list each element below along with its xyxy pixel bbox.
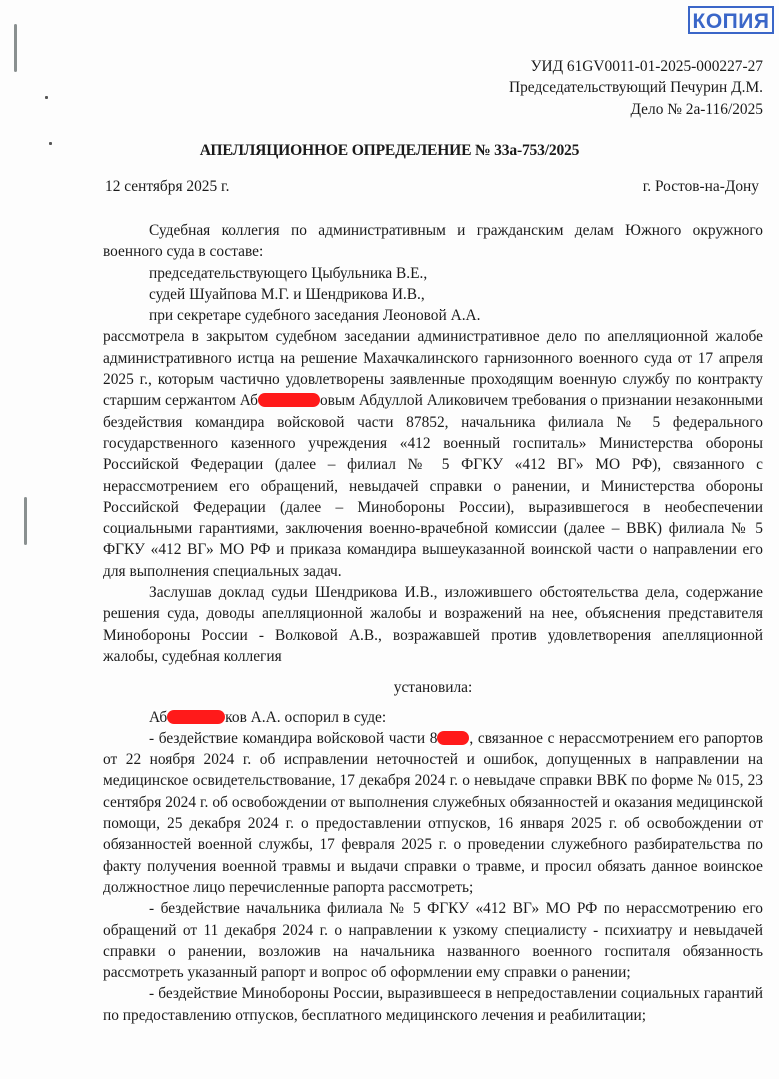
- binder-hole-mark: [24, 497, 27, 545]
- heard-paragraph: Заслушав доклад судьи Шендрикова И.В., и…: [103, 582, 763, 667]
- contested-item-2: - бездействие начальника филиала № 5 ФГК…: [103, 898, 763, 983]
- contested-item-1-b: , связанное с нерассмотрением его рапорт…: [103, 730, 763, 896]
- date-place-line: 12 сентября 2025 г. г. Ростов-на-Дону: [105, 178, 759, 196]
- case-header: УИД 61GV0011-01-2025-000227-27 Председат…: [509, 56, 763, 120]
- copy-stamp: КОПИЯ: [688, 6, 774, 34]
- established-heading: установила:: [103, 677, 763, 698]
- contested-intro-a: Аб: [149, 709, 167, 726]
- considered-text-b: овым Абдуллой Аликовичем требования о пр…: [103, 392, 763, 579]
- document-city: г. Ростов-на-Дону: [643, 178, 759, 196]
- contested-item-1: - бездействие командира войсковой части …: [103, 728, 763, 898]
- document-body: Судебная коллегия по административным и …: [103, 220, 763, 1026]
- document-date: 12 сентября 2025 г.: [105, 178, 229, 196]
- redaction-mark: [437, 731, 469, 745]
- redaction-mark: [167, 710, 225, 724]
- composition-intro: Судебная коллегия по административным и …: [103, 220, 763, 263]
- contested-intro-b: ков А.А. оспорил в суде:: [225, 709, 386, 726]
- contested-item-3: - бездействие Минобороны России, выразив…: [103, 983, 763, 1026]
- composition-secretary: при секретаре судебного заседания Леонов…: [103, 305, 763, 326]
- case-number: Дело № 2а-116/2025: [509, 99, 763, 120]
- case-uid: УИД 61GV0011-01-2025-000227-27: [509, 56, 763, 77]
- contested-item-1-a: - бездействие командира войсковой части …: [149, 730, 437, 747]
- composition-presiding: председательствующего Цыбульника В.Е.,: [103, 263, 763, 284]
- binder-hole-mark: [14, 24, 17, 72]
- redaction-mark: [258, 393, 320, 407]
- contested-intro: Абков А.А. оспорил в суде:: [103, 707, 763, 728]
- document-page: КОПИЯ УИД 61GV0011-01-2025-000227-27 Пре…: [0, 0, 779, 1079]
- scan-speck: [45, 96, 48, 99]
- composition-judges: судей Шуайпова М.Г. и Шендрикова И.В.,: [103, 284, 763, 305]
- presiding-judge-first-instance: Председательствующий Печурин Д.М.: [509, 77, 763, 98]
- document-title: АПЕЛЛЯЦИОННОЕ ОПРЕДЕЛЕНИЕ № 33а-753/2025: [0, 142, 779, 160]
- considered-paragraph: рассмотрела в закрытом судебном заседани…: [103, 326, 763, 582]
